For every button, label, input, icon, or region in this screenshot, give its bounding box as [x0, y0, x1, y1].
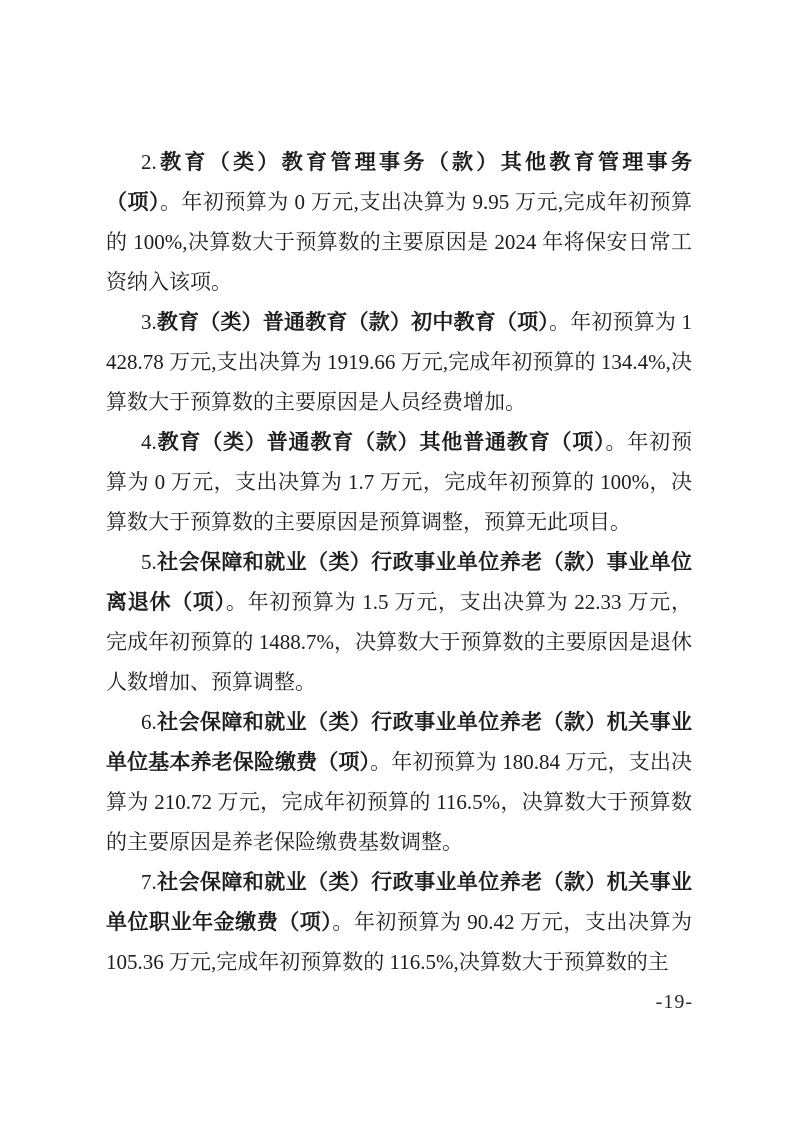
page-number: -19-: [656, 991, 693, 1013]
item-number: 5.: [141, 550, 157, 574]
budget-item-paragraph-6: 6.社会保障和就业（类）行政事业单位养老（款）机关事业单位基本养老保险缴费（项）…: [106, 702, 692, 862]
item-number: 6.: [141, 710, 157, 734]
item-number: 2.: [141, 150, 157, 174]
budget-item-paragraph-2: 2.教育（类）教育管理事务（款）其他教育管理事务（项）。年初预算为 0 万元,支…: [106, 142, 692, 302]
document-page: 2.教育（类）教育管理事务（款）其他教育管理事务（项）。年初预算为 0 万元,支…: [0, 0, 793, 1122]
item-title: 教育（类）普通教育（款）其他普通教育（项）: [157, 430, 606, 454]
budget-item-paragraph-4: 4.教育（类）普通教育（款）其他普通教育（项）。年初预算为 0 万元，支出决算为…: [106, 422, 692, 542]
item-number: 3.: [141, 310, 157, 334]
item-body: 。年初预算为 0 万元,支出决算为 9.95 万元,完成年初预算的 100%,决…: [106, 190, 692, 294]
budget-item-paragraph-3: 3.教育（类）普通教育（款）初中教育（项）。年初预算为 1428.78 万元,支…: [106, 302, 692, 422]
budget-item-paragraph-7: 7.社会保障和就业（类）行政事业单位养老（款）机关事业单位职业年金缴费（项）。年…: [106, 862, 692, 982]
item-number: 4.: [141, 430, 157, 454]
budget-item-paragraph-5: 5.社会保障和就业（类）行政事业单位养老（款）事业单位离退休（项）。年初预算为 …: [106, 542, 692, 702]
document-body: 2.教育（类）教育管理事务（款）其他教育管理事务（项）。年初预算为 0 万元,支…: [106, 142, 692, 982]
item-number: 7.: [141, 870, 157, 894]
item-title: 教育（类）普通教育（款）初中教育（项）: [157, 310, 549, 334]
